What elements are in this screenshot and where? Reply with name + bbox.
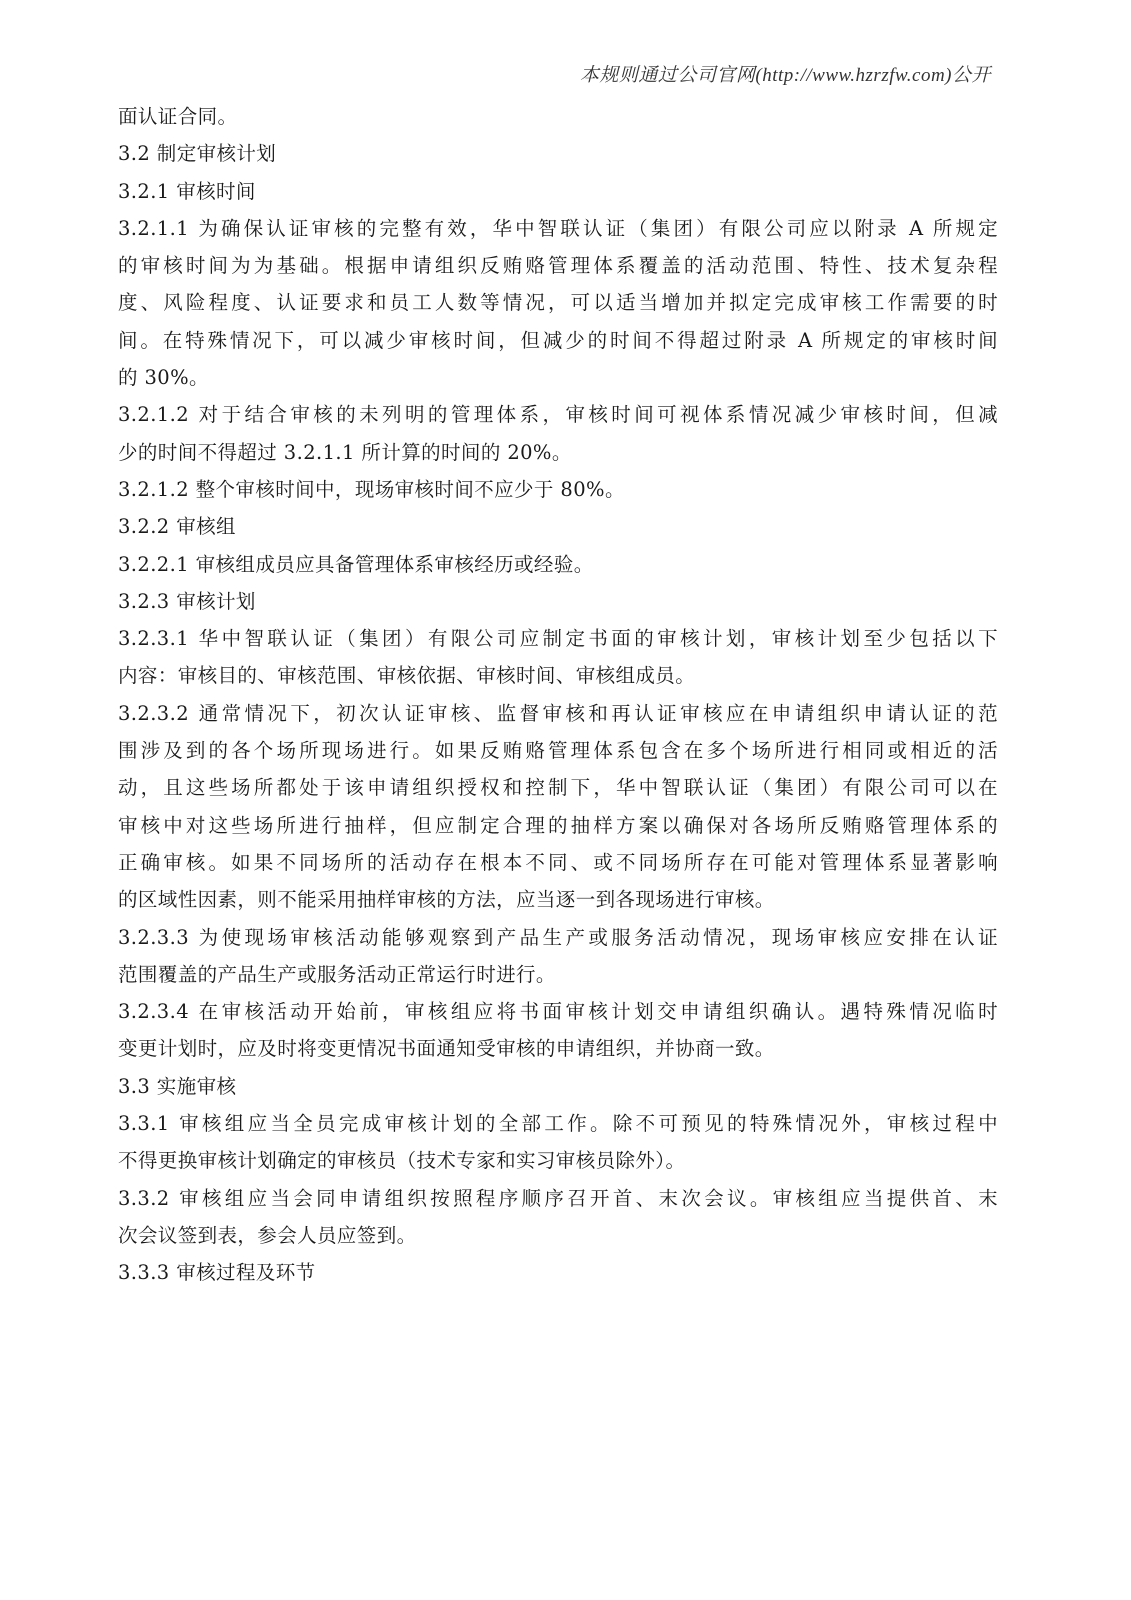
text-line: 3.2.3.2 通常情况下，初次认证审核、监督审核和再认证审核应在申请组织申请认… xyxy=(118,695,998,732)
section-heading-3-3: 3.3 实施审核 xyxy=(118,1068,998,1105)
section-heading-3-2-2: 3.2.2 审核组 xyxy=(118,508,998,545)
page-header-notice: 本规则通过公司官网(http://www.hzrzfw.com)公开 xyxy=(580,60,991,87)
document-body: 面认证合同。 3.2 制定审核计划 3.2.1 审核时间 3.2.1.1 为确保… xyxy=(118,98,998,1292)
text-line: 3.3.1 审核组应当全员完成审核计划的全部工作。除不可预见的特殊情况外，审核过… xyxy=(118,1105,998,1142)
text-line: 审核中对这些场所进行抽样，但应制定合理的抽样方案以确保对各场所反贿赂管理体系的 xyxy=(118,807,998,844)
text-line: 动，且这些场所都处于该申请组织授权和控制下，华中智联认证（集团）有限公司可以在 xyxy=(118,769,998,806)
text-line: 变更计划时，应及时将变更情况书面通知受审核的申请组织，并协商一致。 xyxy=(118,1030,998,1067)
text-line: 3.2.1.2 对于结合审核的未列明的管理体系，审核时间可视体系情况减少审核时间… xyxy=(118,396,998,433)
section-heading-3-2-3: 3.2.3 审核计划 xyxy=(118,583,998,620)
text-line: 3.3.2 审核组应当会同申请组织按照程序顺序召开首、末次会议。审核组应当提供首… xyxy=(118,1180,998,1217)
text-line: 3.2.1.1 为确保认证审核的完整有效，华中智联认证（集团）有限公司应以附录 … xyxy=(118,210,998,247)
section-heading-3-3-3: 3.3.3 审核过程及环节 xyxy=(118,1254,998,1291)
text-line: 的区域性因素，则不能采用抽样审核的方法，应当逐一到各现场进行审核。 xyxy=(118,881,998,918)
text-line: 3.2.2.1 审核组成员应具备管理体系审核经历或经验。 xyxy=(118,546,998,583)
text-line: 面认证合同。 xyxy=(118,98,998,135)
text-line: 内容：审核目的、审核范围、审核依据、审核时间、审核组成员。 xyxy=(118,657,998,694)
text-line: 少的时间不得超过 3.2.1.1 所计算的时间的 20%。 xyxy=(118,434,998,471)
text-line: 围涉及到的各个场所现场进行。如果反贿赂管理体系包含在多个场所进行相同或相近的活 xyxy=(118,732,998,769)
text-line: 不得更换审核计划确定的审核员（技术专家和实习审核员除外）。 xyxy=(118,1142,998,1179)
text-line: 的审核时间为为基础。根据申请组织反贿赂管理体系覆盖的活动范围、特性、技术复杂程 xyxy=(118,247,998,284)
text-line: 范围覆盖的产品生产或服务活动正常运行时进行。 xyxy=(118,956,998,993)
text-line: 的 30%。 xyxy=(118,359,998,396)
section-heading-3-2-1: 3.2.1 审核时间 xyxy=(118,173,998,210)
section-heading-3-2: 3.2 制定审核计划 xyxy=(118,135,998,172)
text-line: 间。在特殊情况下，可以减少审核时间，但减少的时间不得超过附录 A 所规定的审核时… xyxy=(118,322,998,359)
text-line: 3.2.3.1 华中智联认证（集团）有限公司应制定书面的审核计划，审核计划至少包… xyxy=(118,620,998,657)
text-line: 度、风险程度、认证要求和员工人数等情况，可以适当增加并拟定完成审核工作需要的时 xyxy=(118,284,998,321)
text-line: 3.2.3.4 在审核活动开始前，审核组应将书面审核计划交申请组织确认。遇特殊情… xyxy=(118,993,998,1030)
text-line: 3.2.1.2 整个审核时间中，现场审核时间不应少于 80%。 xyxy=(118,471,998,508)
text-line: 正确审核。如果不同场所的活动存在根本不同、或不同场所存在可能对管理体系显著影响 xyxy=(118,844,998,881)
text-line: 3.2.3.3 为使现场审核活动能够观察到产品生产或服务活动情况，现场审核应安排… xyxy=(118,919,998,956)
text-line: 次会议签到表，参会人员应签到。 xyxy=(118,1217,998,1254)
